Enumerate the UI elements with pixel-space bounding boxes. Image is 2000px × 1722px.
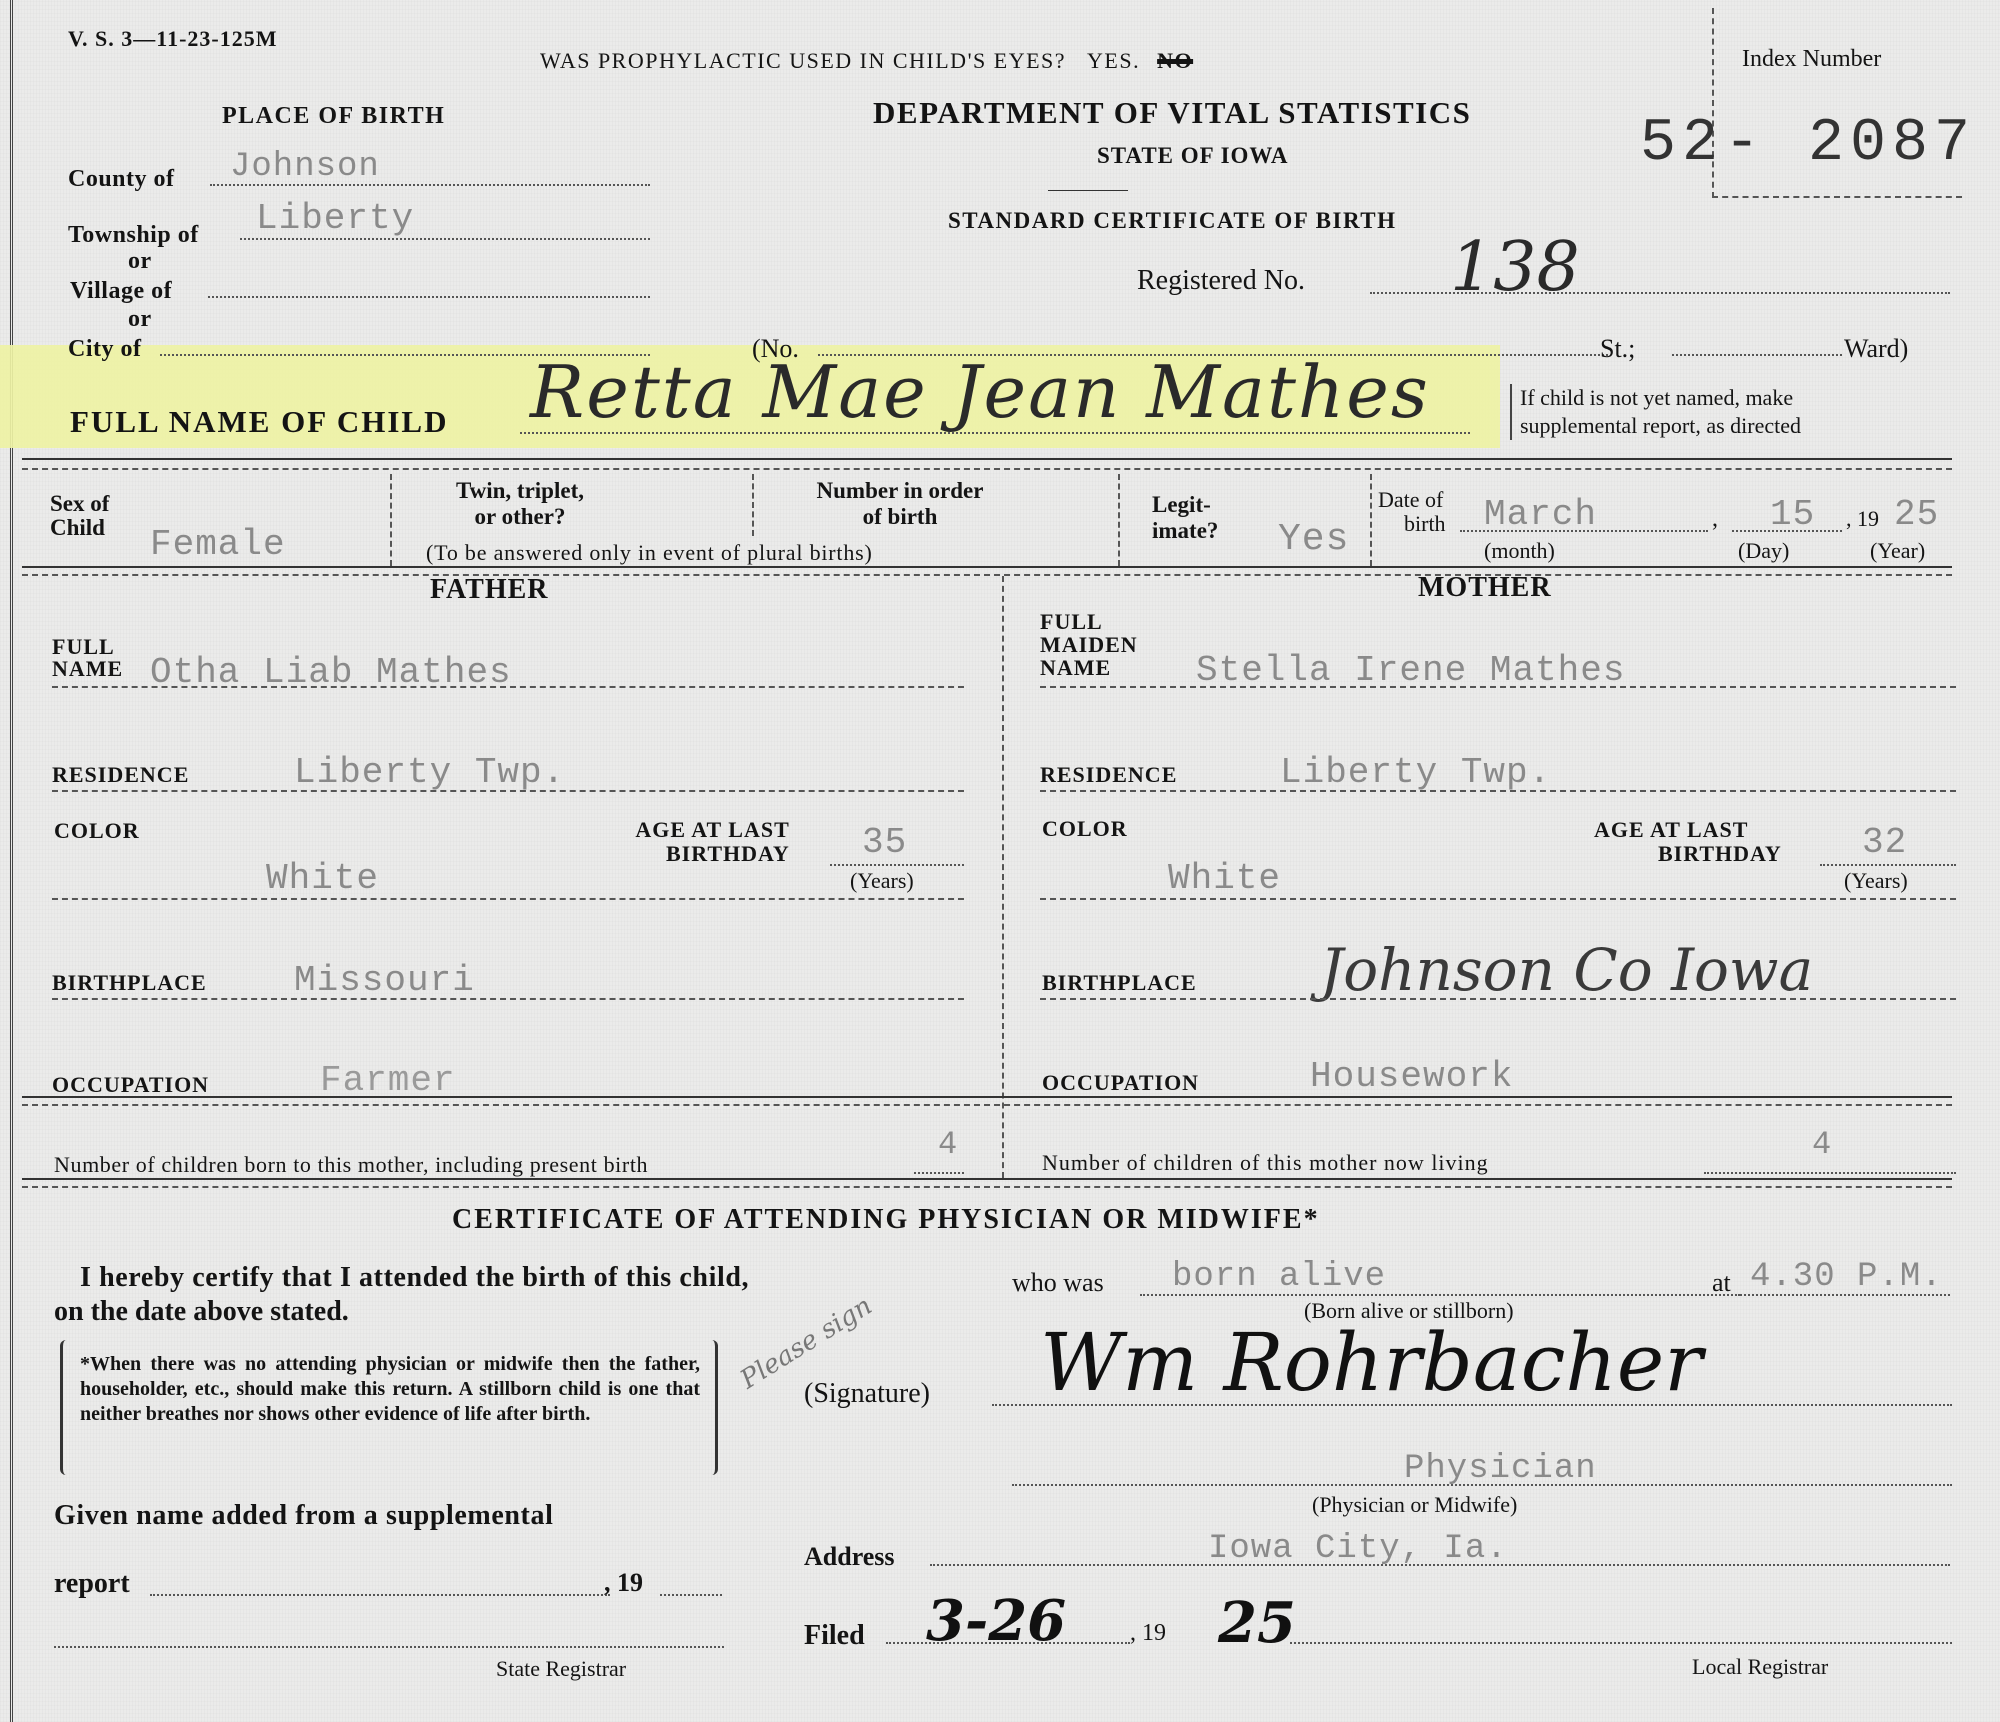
father-name-label-line1: FULL bbox=[52, 636, 123, 658]
father-name-label-line2: NAME bbox=[52, 658, 123, 680]
father-color-line bbox=[52, 898, 964, 900]
unnamed-child-note: If child is not yet named, make suppleme… bbox=[1510, 384, 1801, 440]
street-label: St.; bbox=[1600, 334, 1635, 364]
township-value: Liberty bbox=[256, 198, 414, 239]
children-living-value: 4 bbox=[1812, 1126, 1832, 1163]
supplemental-report-field[interactable] bbox=[150, 1594, 610, 1596]
mother-name-label-line3: NAME bbox=[1040, 656, 1138, 679]
index-box-bottom-border bbox=[1712, 196, 1962, 198]
filed-year-prefix: , 19 bbox=[1130, 1620, 1166, 1647]
city-label: City of bbox=[68, 336, 141, 363]
birth-time-at-label: at bbox=[1712, 1268, 1731, 1298]
filed-date-value: 3-26 bbox=[926, 1588, 1066, 1654]
sex-label-line2: Child bbox=[50, 516, 109, 540]
prophylactic-no-struck: NO bbox=[1157, 48, 1193, 73]
mother-color-line bbox=[1040, 898, 1956, 900]
parents-divider bbox=[1002, 576, 1004, 1178]
sex-label-line1: Sex of bbox=[50, 492, 109, 516]
mother-occupation-label: OCCUPATION bbox=[1042, 1070, 1199, 1096]
ward-line bbox=[1672, 354, 1842, 356]
rule-before-cert-1 bbox=[22, 1178, 1952, 1180]
mother-name-label-line2: MAIDEN bbox=[1040, 633, 1138, 656]
supplemental-year-prefix: , 19 bbox=[604, 1568, 643, 1598]
birth-certificate-page: V. S. 3—11-23-125M WAS PROPHYLACTIC USED… bbox=[0, 0, 2000, 1722]
attendant-title-value: Physician bbox=[1404, 1450, 1597, 1488]
physician-cert-title: CERTIFICATE OF ATTENDING PHYSICIAN OR MI… bbox=[452, 1204, 1320, 1236]
index-number-label: Index Number bbox=[1742, 46, 1881, 73]
father-age-label: AGE AT LAST BIRTHDAY bbox=[602, 818, 790, 866]
local-registrar-label: Local Registrar bbox=[1692, 1654, 1828, 1680]
date-of-birth-label: Date of birth bbox=[1378, 488, 1446, 536]
birth-month-value: March bbox=[1484, 494, 1597, 535]
cert-statement-2: on the date above stated. bbox=[54, 1296, 349, 1328]
birth-year-prefix-text: 19 bbox=[1857, 506, 1879, 531]
or-label-2: or bbox=[128, 306, 152, 333]
rule-after-details-1 bbox=[22, 566, 1952, 568]
birth-order-label-line2: of birth bbox=[770, 504, 1030, 530]
mother-birthplace-value: Johnson Co Iowa bbox=[1320, 936, 1813, 1004]
village-field[interactable] bbox=[208, 296, 650, 298]
birth-year-value: 25 bbox=[1894, 494, 1939, 535]
sex-label: Sex of Child bbox=[50, 492, 109, 540]
sex-divider bbox=[390, 474, 392, 566]
father-age-label-line1: AGE AT LAST bbox=[602, 818, 790, 842]
mother-name-value: Stella Irene Mathes bbox=[1196, 650, 1625, 691]
birth-order-label: Number in order of birth bbox=[770, 478, 1030, 530]
children-born-label: Number of children born to this mother, … bbox=[54, 1152, 648, 1178]
birth-order-label-line1: Number in order bbox=[770, 478, 1030, 504]
rule-after-details-2 bbox=[22, 574, 1952, 576]
children-living-line bbox=[1704, 1172, 1956, 1174]
sex-value: Female bbox=[150, 524, 286, 565]
footnote-text: *When there was no attending physician o… bbox=[80, 1352, 700, 1427]
mother-years-caption: (Years) bbox=[1844, 868, 1908, 894]
address-value: Iowa City, Ia. bbox=[1208, 1530, 1508, 1568]
birth-year-prefix: , 19 bbox=[1846, 506, 1879, 532]
father-name-label: FULL NAME bbox=[52, 636, 123, 680]
father-occupation-label: OCCUPATION bbox=[52, 1072, 209, 1098]
child-name-label: FULL NAME OF CHILD bbox=[70, 404, 448, 440]
twin-divider bbox=[752, 474, 754, 536]
village-label: Village of bbox=[70, 278, 172, 305]
legitimate-label: Legit- imate? bbox=[1152, 492, 1218, 544]
legitimate-value: Yes bbox=[1278, 518, 1349, 561]
mother-occupation-value: Housework bbox=[1310, 1056, 1513, 1097]
ward-label: Ward) bbox=[1844, 334, 1908, 364]
rule-after-occupation-2 bbox=[22, 1104, 1952, 1106]
plural-divider bbox=[1118, 474, 1120, 566]
father-years-caption: (Years) bbox=[850, 868, 914, 894]
twin-label: Twin, triplet, or other? bbox=[420, 478, 620, 530]
supplemental-line1: Given name added from a supplemental bbox=[54, 1500, 553, 1532]
birth-time-value: 4.30 P.M. bbox=[1750, 1258, 1943, 1296]
registered-no-label: Registered No. bbox=[1137, 265, 1305, 297]
rule-after-occupation-1 bbox=[22, 1096, 1952, 1098]
mother-age-label-line2: BIRTHDAY bbox=[1594, 842, 1782, 866]
rule-after-name-1 bbox=[22, 458, 1952, 460]
cert-statement-1-text: I hereby certify that I attended the bir… bbox=[54, 1262, 749, 1293]
left-margin-rule bbox=[10, 0, 17, 1722]
certificate-title: STANDARD CERTIFICATE OF BIRTH bbox=[948, 208, 1396, 234]
supplemental-year-field[interactable] bbox=[660, 1594, 722, 1596]
or-label-1: or bbox=[128, 248, 152, 275]
legitimate-divider bbox=[1370, 474, 1372, 566]
birth-day-value: 15 bbox=[1770, 494, 1815, 535]
index-number-value: 52- 2087 bbox=[1640, 110, 1976, 178]
mother-age-line bbox=[1820, 864, 1956, 866]
filed-year-value: 25 bbox=[1218, 1590, 1296, 1656]
state-registrar-line bbox=[54, 1646, 724, 1648]
physician-signature: Wm Rohrbacher bbox=[1040, 1316, 1703, 1409]
father-birthplace-label: BIRTHPLACE bbox=[52, 970, 207, 996]
prophylactic-yes: YES. bbox=[1087, 48, 1140, 73]
month-caption: (month) bbox=[1484, 538, 1555, 564]
prophylactic-question-text: WAS PROPHYLACTIC USED IN CHILD'S EYES? bbox=[540, 48, 1066, 73]
mother-residence-label: RESIDENCE bbox=[1040, 762, 1177, 788]
father-age-label-line2: BIRTHDAY bbox=[602, 842, 790, 866]
state-title: STATE OF IOWA bbox=[1097, 143, 1289, 169]
date-of-birth-label-line1: Date of bbox=[1378, 488, 1446, 512]
children-living-label: Number of children of this mother now li… bbox=[1042, 1150, 1489, 1176]
county-value: Johnson bbox=[230, 148, 380, 186]
mother-age-label: AGE AT LAST BIRTHDAY bbox=[1594, 818, 1782, 866]
twin-label-line2: or other? bbox=[420, 504, 620, 530]
plural-births-note: (To be answered only in event of plural … bbox=[426, 540, 873, 566]
cert-who-was: who was bbox=[1012, 1268, 1104, 1298]
father-name-line bbox=[52, 686, 964, 688]
address-label: Address bbox=[804, 1542, 895, 1572]
mother-name-line bbox=[1040, 686, 1956, 688]
children-born-line bbox=[914, 1172, 964, 1174]
mother-birthplace-label: BIRTHPLACE bbox=[1042, 970, 1197, 996]
born-status-value: born alive bbox=[1172, 1258, 1386, 1296]
supplemental-report-label: report bbox=[54, 1568, 130, 1600]
mother-age-label-line1: AGE AT LAST bbox=[1594, 818, 1782, 842]
twin-label-line1: Twin, triplet, bbox=[420, 478, 620, 504]
father-age-line bbox=[830, 864, 964, 866]
prophylactic-question: WAS PROPHYLACTIC USED IN CHILD'S EYES? Y… bbox=[540, 48, 1193, 74]
father-birthplace-value: Missouri bbox=[294, 960, 475, 1001]
father-occupation-value: Farmer bbox=[320, 1060, 456, 1101]
father-residence-value: Liberty Twp. bbox=[294, 752, 565, 793]
date-of-birth-label-line2: birth bbox=[1378, 512, 1446, 536]
local-registrar-line bbox=[1290, 1642, 1952, 1644]
signature-label: (Signature) bbox=[804, 1378, 930, 1410]
father-age-value: 35 bbox=[862, 822, 907, 863]
comma-1: , bbox=[1712, 506, 1718, 533]
mother-residence-value: Liberty Twp. bbox=[1280, 752, 1551, 793]
year-caption: (Year) bbox=[1870, 538, 1925, 564]
mother-name-label: FULL MAIDEN NAME bbox=[1040, 610, 1138, 679]
attendant-title-line bbox=[1012, 1484, 1952, 1486]
father-color-value: White bbox=[266, 858, 379, 899]
child-name-value: Retta Mae Jean Mathes bbox=[530, 350, 1430, 434]
mother-age-value: 32 bbox=[1862, 822, 1907, 863]
unnamed-child-note-line2: supplemental report, as directed bbox=[1520, 412, 1801, 440]
filed-label: Filed bbox=[804, 1620, 865, 1652]
father-birthplace-line bbox=[52, 998, 964, 1000]
department-title: DEPARTMENT OF VITAL STATISTICS bbox=[873, 95, 1471, 131]
father-residence-line bbox=[52, 790, 964, 792]
day-caption: (Day) bbox=[1738, 538, 1789, 564]
rule-after-name-2 bbox=[22, 468, 1952, 470]
registered-no-value: 138 bbox=[1450, 228, 1580, 307]
attendant-title-caption: (Physician or Midwife) bbox=[1312, 1492, 1517, 1518]
rule-before-cert-2 bbox=[22, 1186, 1952, 1188]
cert-statement-1: I hereby certify that I attended the bir… bbox=[54, 1262, 749, 1294]
father-title: FATHER bbox=[430, 574, 549, 606]
children-born-value: 4 bbox=[938, 1126, 958, 1163]
mother-name-label-line1: FULL bbox=[1040, 610, 1138, 633]
mother-title: MOTHER bbox=[1418, 572, 1552, 604]
mother-birthplace-line bbox=[1040, 998, 1956, 1000]
unnamed-child-note-line1: If child is not yet named, make bbox=[1520, 384, 1801, 412]
father-color-label: COLOR bbox=[54, 818, 140, 844]
place-of-birth-title: PLACE OF BIRTH bbox=[222, 103, 445, 130]
state-registrar-label: State Registrar bbox=[496, 1656, 626, 1682]
legitimate-label-line1: Legit- bbox=[1152, 492, 1218, 518]
mother-color-value: White bbox=[1168, 858, 1281, 899]
header-divider bbox=[1048, 190, 1128, 191]
form-code: V. S. 3—11-23-125M bbox=[68, 26, 278, 52]
mother-residence-line bbox=[1040, 790, 1956, 792]
legitimate-label-line2: imate? bbox=[1152, 518, 1218, 544]
father-residence-label: RESIDENCE bbox=[52, 762, 189, 788]
township-label: Township of bbox=[68, 222, 199, 249]
county-label: County of bbox=[68, 166, 175, 193]
mother-color-label: COLOR bbox=[1042, 816, 1128, 842]
